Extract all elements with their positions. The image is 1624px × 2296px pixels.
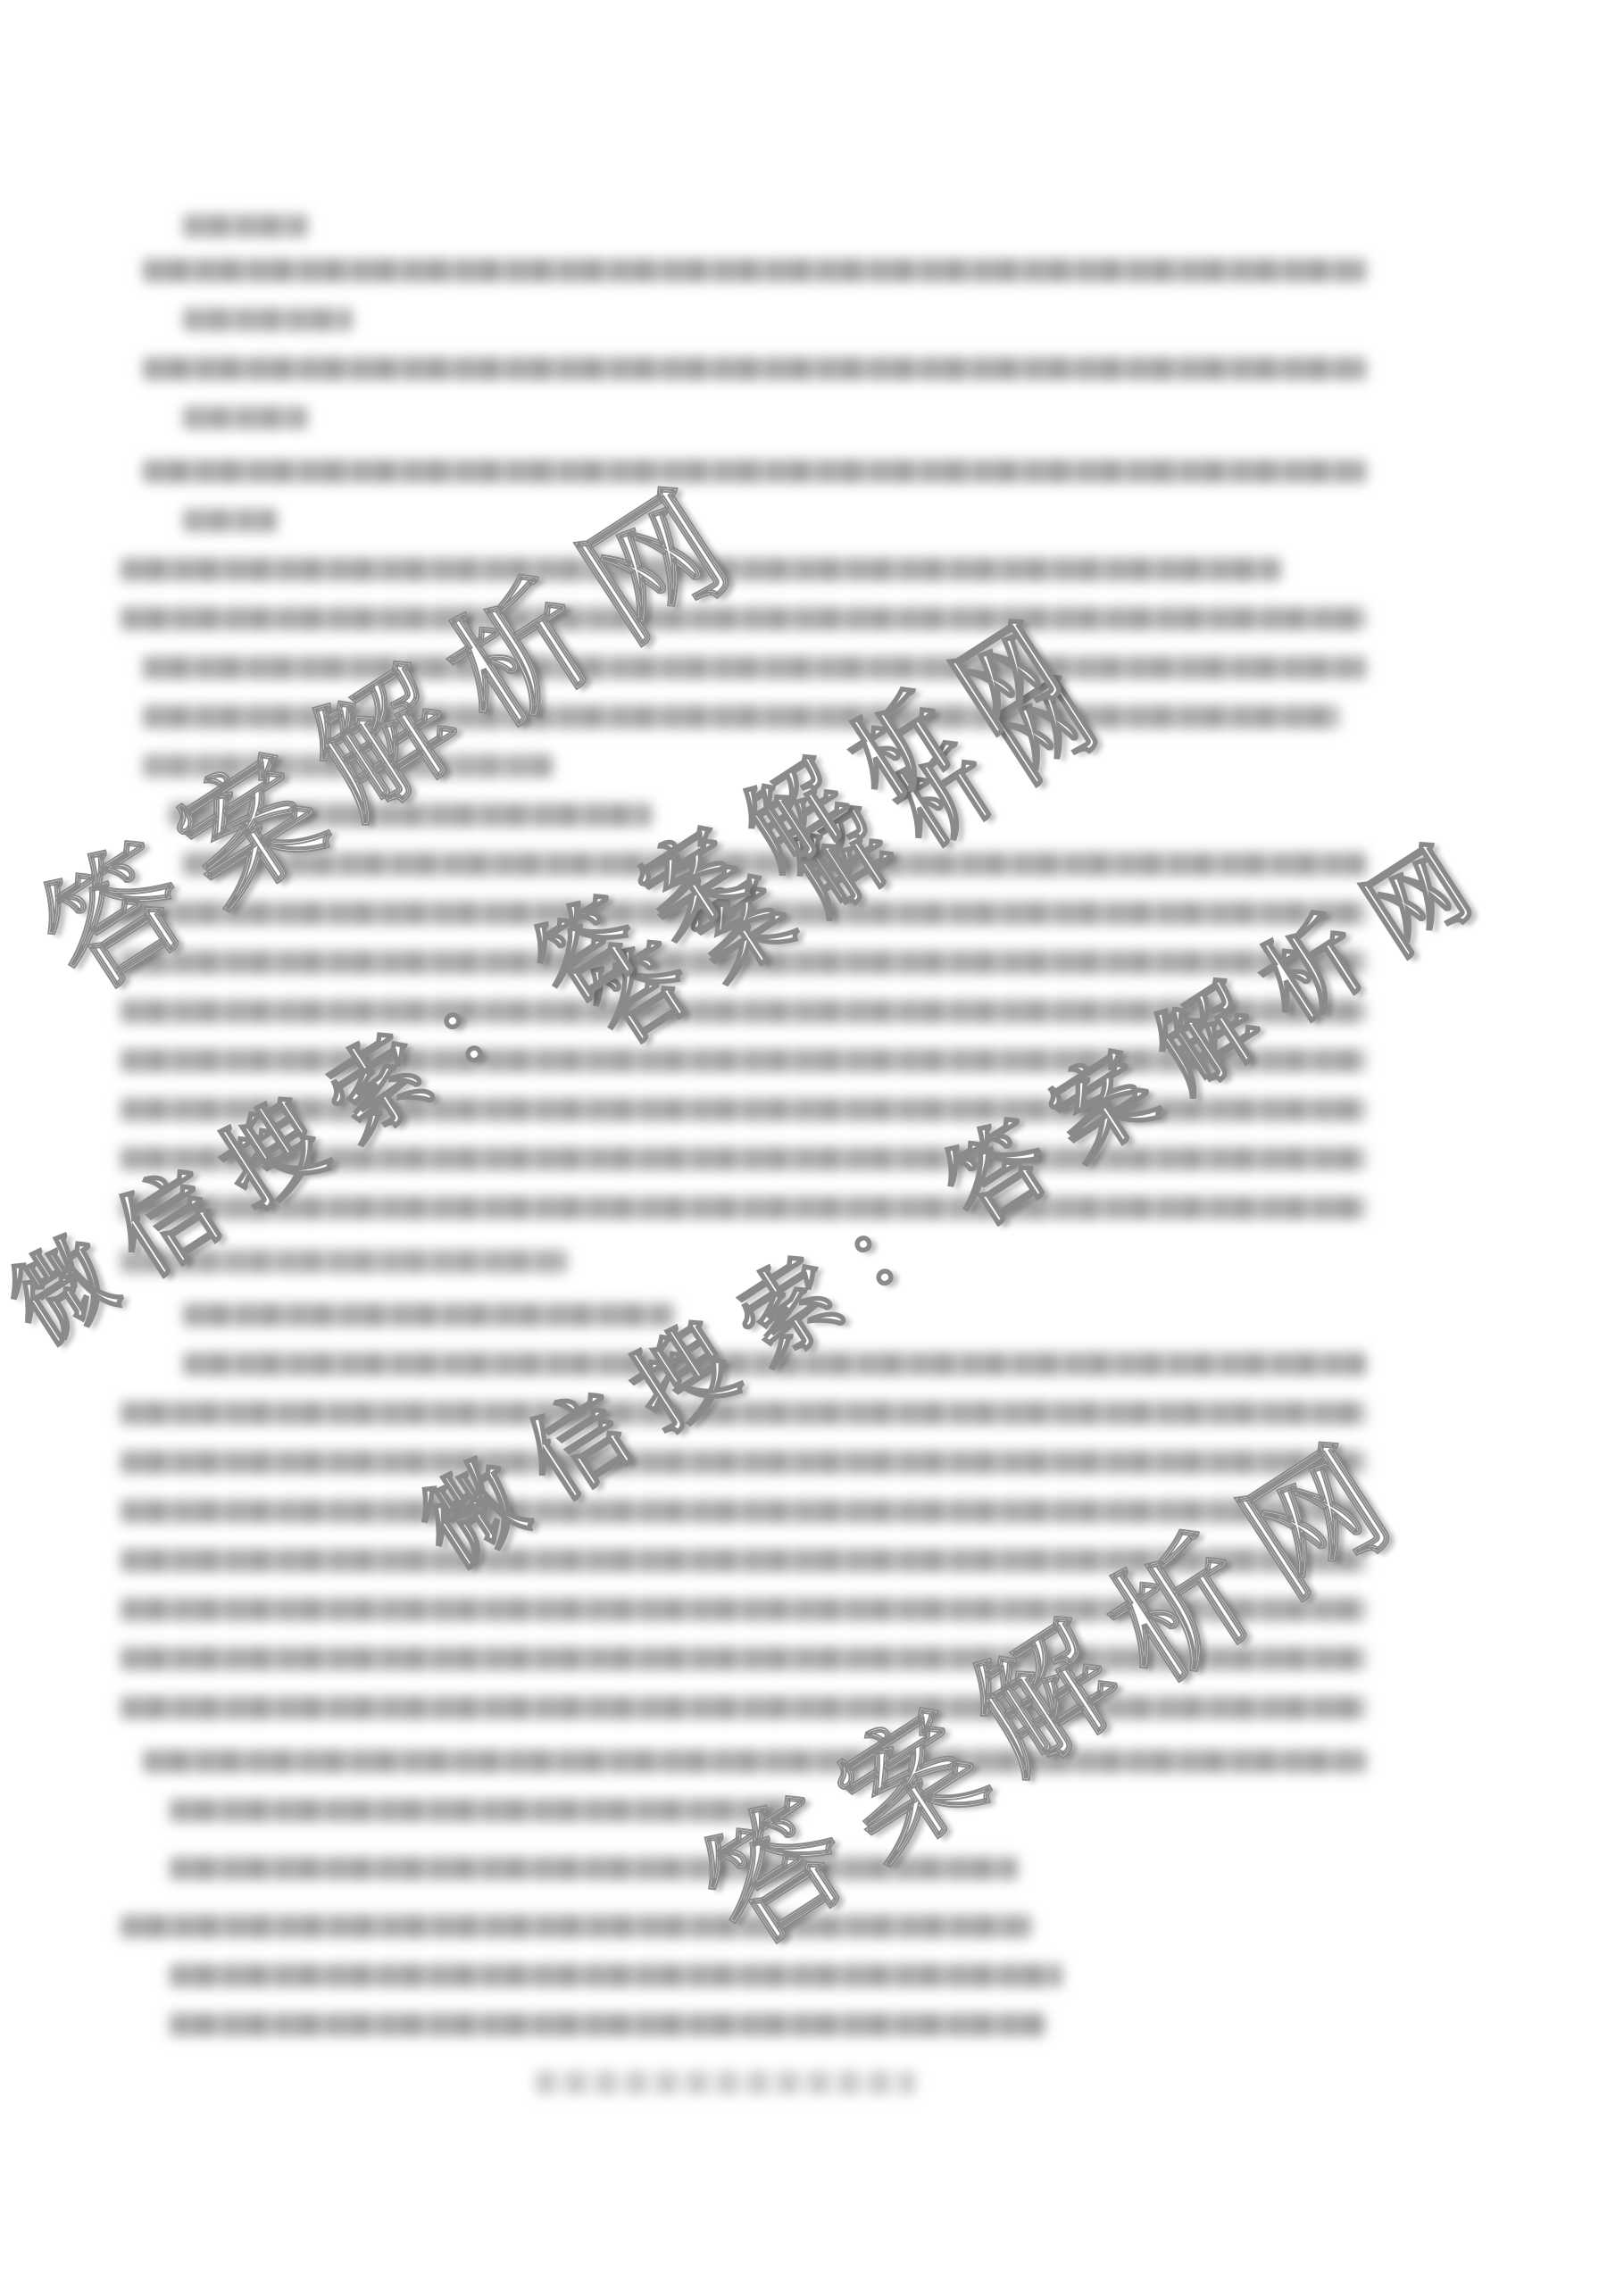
text-line bbox=[183, 214, 308, 237]
text-line bbox=[143, 357, 1366, 380]
text-line bbox=[121, 1915, 1031, 1938]
page-footer bbox=[536, 2071, 915, 2094]
text-line bbox=[143, 259, 1366, 282]
text-line bbox=[183, 406, 308, 429]
text-line bbox=[170, 2013, 1045, 2036]
text-line bbox=[170, 1964, 1062, 1987]
text-line bbox=[121, 1451, 1366, 1474]
text-line bbox=[183, 1303, 674, 1327]
text-line bbox=[183, 308, 353, 331]
text-line bbox=[143, 460, 1366, 483]
text-line bbox=[183, 509, 277, 532]
